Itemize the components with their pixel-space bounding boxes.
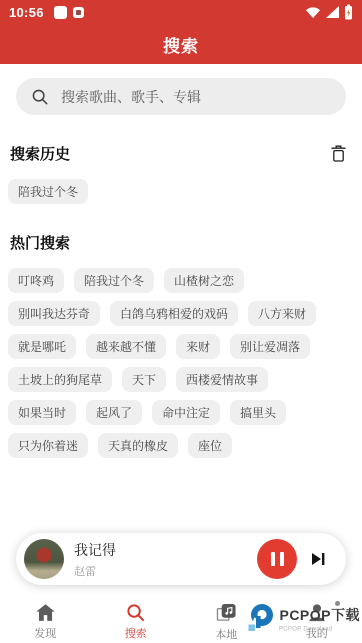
status-bar: 10:56 (0, 0, 362, 24)
hot-search-chip[interactable]: 座位 (188, 433, 232, 458)
hot-search-chip[interactable]: 天下 (122, 367, 166, 392)
bottom-nav: 发现 搜索 本地 我的 (0, 598, 362, 643)
hot-search-chip[interactable]: 命中注定 (152, 400, 220, 425)
app-notification-icon (73, 7, 84, 18)
pause-icon (280, 552, 284, 566)
hot-search-chip[interactable]: 土坡上的狗尾草 (8, 367, 112, 392)
hot-search-chip[interactable]: 西楼爱情故事 (176, 367, 268, 392)
hot-search-chip[interactable]: 叮咚鸡 (8, 268, 64, 293)
search-bar[interactable] (16, 78, 346, 115)
nav-item-search[interactable]: 搜索 (91, 598, 182, 643)
hot-search-chip[interactable]: 如果当时 (8, 400, 76, 425)
person-icon (307, 603, 327, 622)
history-title: 搜索历史 (10, 143, 70, 164)
nav-item-discover[interactable]: 发现 (0, 598, 91, 643)
hot-title: 热门搜索 (10, 232, 70, 253)
hot-search-chip[interactable]: 白鸽乌鸦相爱的戏码 (110, 301, 238, 326)
song-artist: 赵雷 (74, 563, 257, 579)
clock: 10:56 (9, 5, 44, 20)
song-title: 我记得 (74, 540, 257, 560)
mini-player[interactable]: 我记得 赵雷 (16, 533, 346, 585)
wifi-icon (305, 6, 321, 19)
nav-label: 发现 (34, 625, 56, 641)
nav-label: 本地 (215, 626, 237, 642)
hot-search-chip[interactable]: 天真的橡皮 (98, 433, 178, 458)
hot-search-chip[interactable]: 起风了 (86, 400, 142, 425)
hot-search-chip[interactable]: 八方来财 (248, 301, 316, 326)
page-title: 搜索 (0, 24, 362, 64)
pause-icon (271, 552, 275, 566)
notification-icon (54, 6, 67, 19)
skip-next-icon (311, 552, 326, 566)
hot-search-chip[interactable]: 陪我过个冬 (74, 268, 154, 293)
history-chip[interactable]: 陪我过个冬 (8, 179, 88, 204)
home-icon (35, 603, 56, 622)
hot-chip-list: 叮咚鸡陪我过个冬山楂树之恋别叫我达芬奇白鸽乌鸦相爱的戏码八方来财就是哪吒越来越不… (0, 253, 346, 458)
trash-icon (331, 145, 346, 162)
hot-search-chip[interactable]: 就是哪吒 (8, 334, 76, 359)
hot-search-chip[interactable]: 别让爱凋落 (230, 334, 310, 359)
history-chip-list: 陪我过个冬 (0, 164, 346, 204)
local-music-icon (216, 603, 237, 623)
search-icon (126, 603, 145, 622)
signal-icon (325, 6, 340, 19)
album-art[interactable] (24, 539, 64, 579)
nav-item-mine[interactable]: 我的 (272, 598, 362, 643)
hot-search-chip[interactable]: 只为你着迷 (8, 433, 88, 458)
hot-search-chip[interactable]: 越来越不懂 (86, 334, 166, 359)
app-screen: 10:56 搜索 搜索历史 (0, 0, 362, 643)
nav-label: 我的 (306, 625, 328, 641)
next-track-button[interactable] (311, 552, 326, 566)
hot-search-chip[interactable]: 别叫我达芬奇 (8, 301, 100, 326)
hot-search-chip[interactable]: 来财 (176, 334, 220, 359)
clear-history-button[interactable] (328, 144, 348, 164)
hot-search-chip[interactable]: 搞里头 (230, 400, 286, 425)
nav-item-local[interactable]: 本地 (181, 598, 272, 643)
search-input[interactable] (61, 89, 331, 105)
pause-button[interactable] (257, 539, 297, 579)
battery-charging-icon (344, 4, 353, 20)
nav-label: 搜索 (125, 625, 147, 641)
hot-search-chip[interactable]: 山楂树之恋 (164, 268, 244, 293)
search-icon (31, 88, 49, 106)
